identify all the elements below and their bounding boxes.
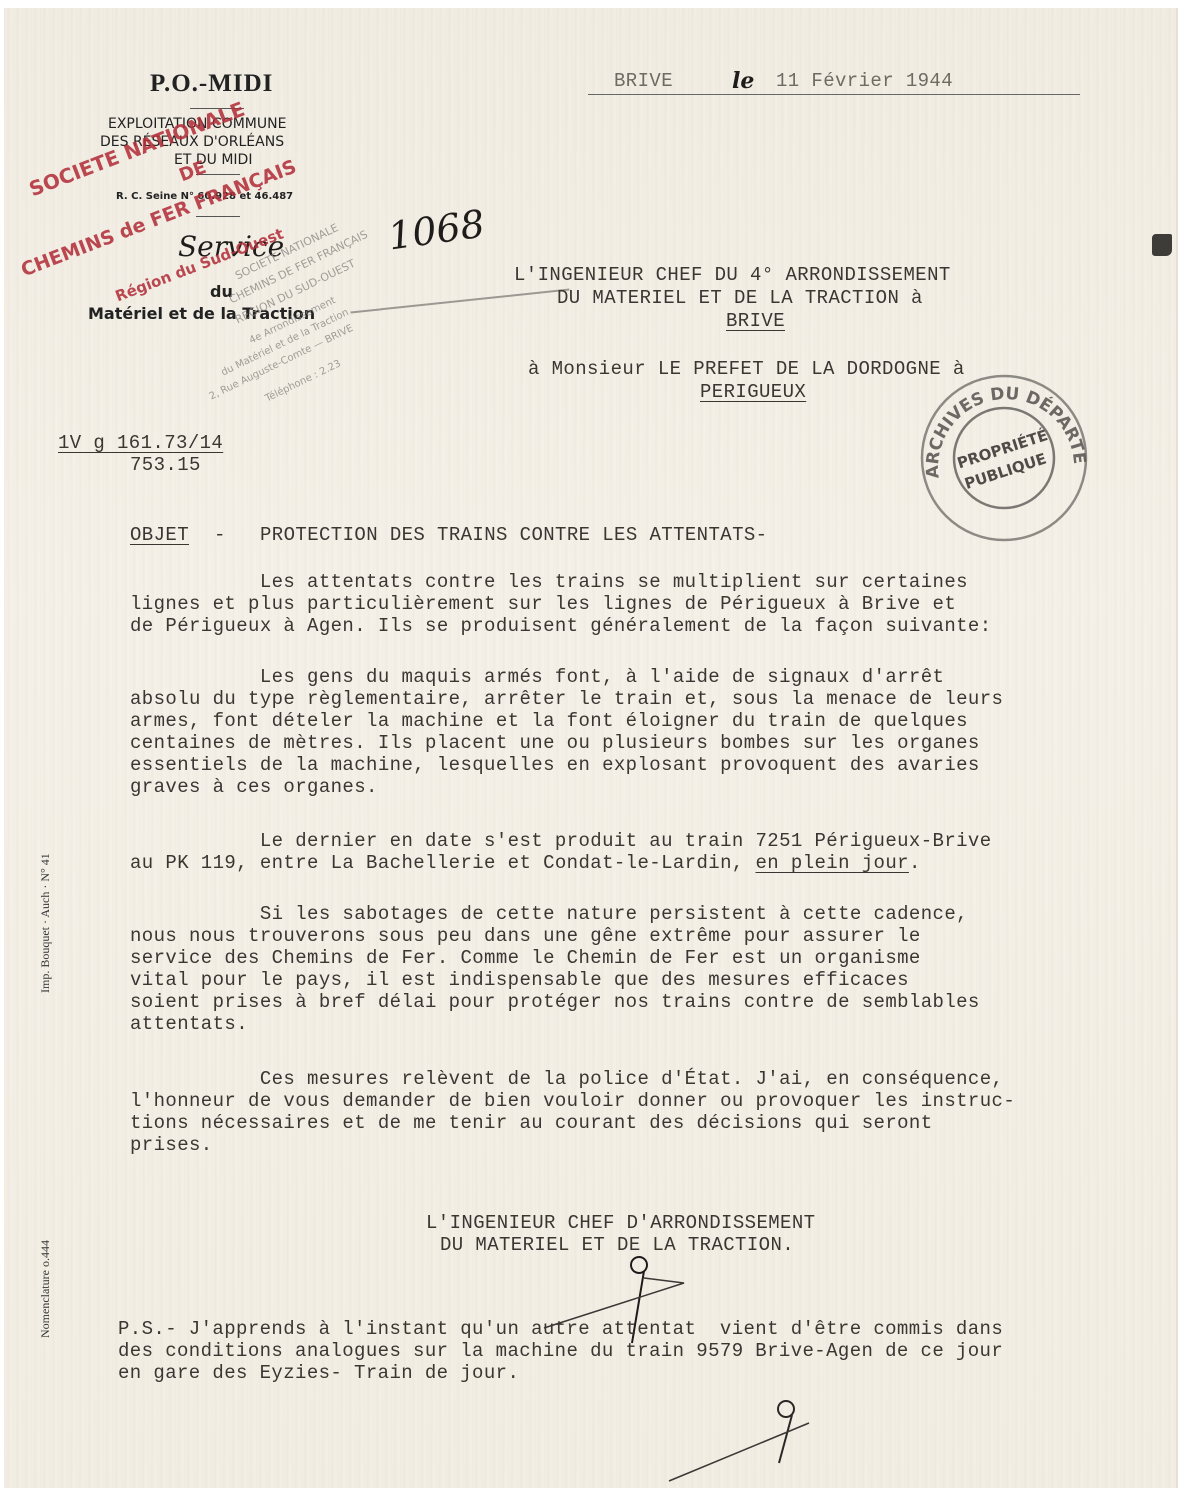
printer-note: Imp. Bouquet · Auch · N° 41: [38, 853, 53, 993]
paragraph-2: Les gens du maquis armés font, à l'aide …: [130, 666, 1003, 798]
handwritten-register-number: 1068: [385, 201, 487, 258]
text-line: attentats.: [130, 1013, 980, 1035]
svg-text:ARCHIVES DU DÉPARTEMENT DE LA: ARCHIVES DU DÉPARTEMENT DE LA DORDOGNE: [909, 368, 1089, 479]
signature-line-1: L'INGENIEUR CHEF D'ARRONDISSEMENT: [426, 1212, 815, 1234]
date-rule: [588, 94, 1080, 95]
text-segment: .: [909, 852, 921, 874]
text-line: Le dernier en date s'est produit au trai…: [130, 830, 992, 852]
recipient-line-1: à Monsieur LE PREFET DE LA DORDOGNE à: [528, 358, 965, 380]
edge-mark: [1152, 234, 1172, 256]
text-line: vital pour le pays, il est indispensable…: [130, 969, 980, 991]
archive-stamp: ARCHIVES DU DÉPARTEMENT DE LA DORDOGNE P…: [909, 368, 1099, 548]
text-line: service des Chemins de Fer. Comme le Che…: [130, 947, 980, 969]
company-name: P.O.-MIDI: [150, 70, 273, 98]
text-line: Les attentats contre les trains se multi…: [130, 571, 992, 593]
date-value: 11 Février 1944: [776, 70, 953, 92]
text-line: centaines de mètres. Ils placent une ou …: [130, 732, 1003, 754]
archive-stamp-icon: ARCHIVES DU DÉPARTEMENT DE LA DORDOGNE P…: [909, 368, 1099, 548]
paragraph-4: Si les sabotages de cette nature persist…: [130, 903, 980, 1035]
nomenclature-note: Nomenclature o.444: [38, 1240, 53, 1338]
text-line: armes, font dételer la machine et la fon…: [130, 710, 1003, 732]
subject-dash: -: [214, 524, 226, 546]
paragraph-5: Ces mesures relèvent de la police d'État…: [130, 1068, 1015, 1156]
emphasis-en-plein-jour: en plein jour: [756, 852, 909, 874]
date-le: le: [732, 68, 754, 94]
text-line: Si les sabotages de cette nature persist…: [130, 903, 980, 925]
text-line: lignes et plus particulièrement sur les …: [130, 593, 992, 615]
sender-line-2: DU MATERIEL ET DE LA TRACTION à: [557, 287, 923, 309]
sender-line-3: BRIVE: [726, 310, 785, 332]
subject-label: OBJET: [130, 524, 189, 546]
text-line: des conditions analogues sur la machine …: [118, 1340, 1003, 1362]
paragraph-3: Le dernier en date s'est produit au trai…: [130, 830, 992, 874]
reference-line-1: 1V g 161.73/14: [58, 432, 223, 454]
text-line: l'honneur de vous demander de bien voulo…: [130, 1090, 1015, 1112]
paragraph-1: Les attentats contre les trains se multi…: [130, 571, 992, 637]
document-page: P.O.-MIDI EXPLOITATION COMMUNE DES RÉSEA…: [4, 8, 1178, 1488]
text-line: absolu du type règlementaire, arrêter le…: [130, 688, 1003, 710]
letterhead-divider: [196, 216, 240, 217]
text-line: P.S.- J'apprends à l'instant qu'un autre…: [118, 1318, 1003, 1340]
text-line: soient prises à bref délai pour protéger…: [130, 991, 980, 1013]
reference-line-2: 753.15: [130, 454, 201, 476]
subject-text: PROTECTION DES TRAINS CONTRE LES ATTENTA…: [260, 524, 767, 546]
text-line: tions nécessaires et de me tenir au cour…: [130, 1112, 1015, 1134]
text-line: graves à ces organes.: [130, 776, 1003, 798]
text-segment: au PK 119, entre La Bachellerie et Conda…: [130, 852, 756, 874]
stamp-strike-line: [350, 289, 569, 314]
initials-icon: [664, 1393, 824, 1483]
postscript: P.S.- J'apprends à l'instant qu'un autre…: [118, 1318, 1003, 1384]
date-place: BRIVE: [614, 70, 673, 92]
text-line: essentiels de la machine, lesquelles en …: [130, 754, 1003, 776]
text-line: en gare des Eyzies- Train de jour.: [118, 1362, 1003, 1384]
text-line: prises.: [130, 1134, 1015, 1156]
sender-line-1: L'INGENIEUR CHEF DU 4° ARRONDISSEMENT: [514, 264, 951, 286]
text-line: nous nous trouverons sous peu dans une g…: [130, 925, 980, 947]
text-line: au PK 119, entre La Bachellerie et Conda…: [130, 852, 992, 874]
text-line: Les gens du maquis armés font, à l'aide …: [130, 666, 1003, 688]
text-line: Ces mesures relèvent de la police d'État…: [130, 1068, 1015, 1090]
recipient-line-2: PERIGUEUX: [700, 381, 806, 403]
text-line: de Périgueux à Agen. Ils se produisent g…: [130, 615, 992, 637]
